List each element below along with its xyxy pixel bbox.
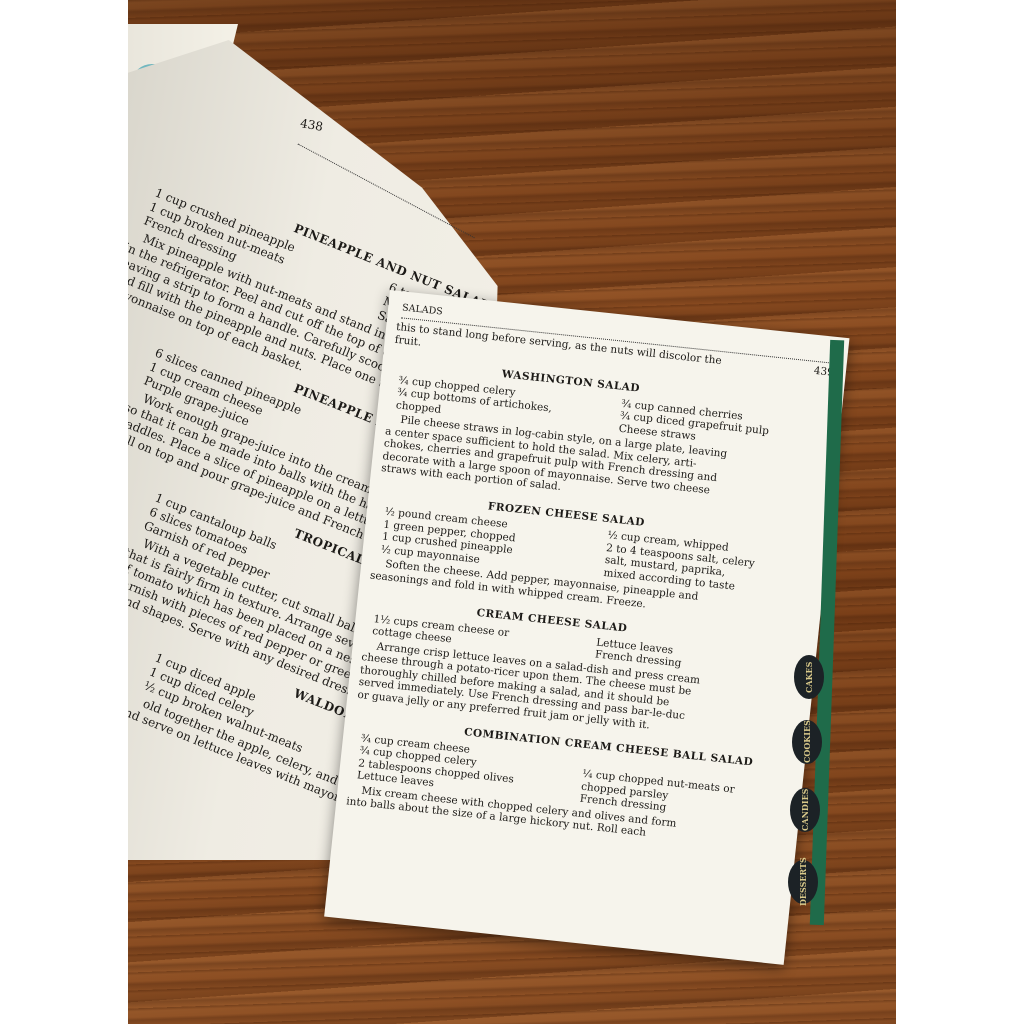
cookbook-photo: 438 PINEAPPLE AND NUT SALAD IN TOMATO BA… [128, 0, 896, 1024]
index-tab-cakes[interactable]: CAKES [794, 655, 824, 699]
index-tab-candies[interactable]: CANDIES [790, 788, 820, 832]
index-tab-cookies[interactable]: COOKIES [792, 720, 822, 764]
recipe-title: FROZEN CHEESE SALAD [487, 500, 645, 529]
header-rule [298, 140, 477, 238]
page-number: 438 [299, 116, 324, 135]
continuation-line: fruit. [394, 334, 422, 350]
right-page: SALADS 439 this to stand long before ser… [324, 290, 849, 965]
index-tab-desserts[interactable]: DESSERTS [788, 860, 818, 904]
recipe-title: COMBINATION CREAM CHEESE BALL SALAD [463, 726, 753, 769]
recipe-title: WASHINGTON SALAD [501, 368, 640, 395]
